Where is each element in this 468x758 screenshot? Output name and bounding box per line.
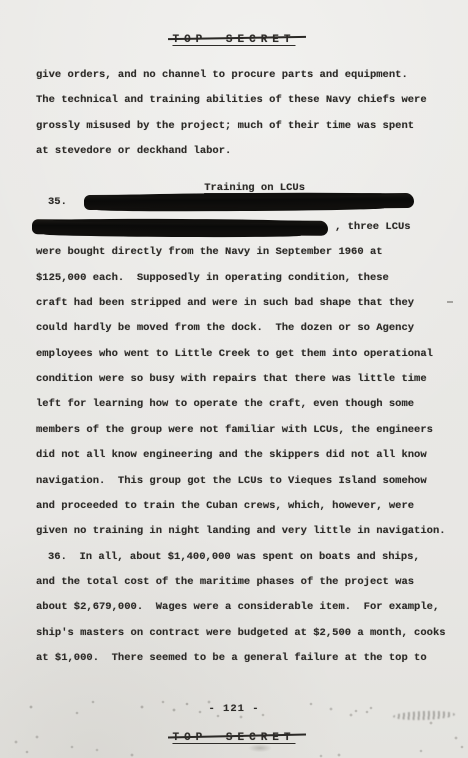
body-line: at stevedore or deckhand labor.	[36, 145, 448, 170]
body-line: could hardly be moved from the dock. The…	[36, 322, 448, 347]
redaction-bar	[84, 193, 414, 210]
body-line: given no training in night landing and v…	[36, 525, 448, 550]
body-line: employees who went to Little Creek to ge…	[36, 348, 448, 373]
body-line: members of the group were not familiar w…	[36, 424, 448, 449]
body-line-paragraph-36: 36. In all, about $1,400,000 was spent o…	[36, 551, 448, 576]
body-line: give orders, and no channel to procure p…	[36, 69, 448, 94]
body-line: condition were so busy with repairs that…	[36, 373, 448, 398]
body-line: ship's masters on contract were budgeted…	[36, 627, 448, 652]
body-line: were bought directly from the Navy in Se…	[36, 246, 448, 271]
body-line: at $1,000. There seemed to be a general …	[36, 652, 448, 677]
paper-smudge	[447, 301, 453, 303]
body-line: $125,000 each. Supposedly in operating c…	[36, 272, 448, 297]
body-line: grossly misused by the project; much of …	[36, 120, 448, 145]
paper-smudge	[243, 742, 277, 754]
body-line: left for learning how to operate the cra…	[36, 398, 448, 423]
body-line: about $2,679,000. Wages were a considera…	[36, 601, 448, 626]
classification-banner-bottom: TOP SECRET	[0, 727, 468, 743]
redacted-line-continuation: , three LCUs	[36, 221, 448, 246]
redaction-bar	[32, 219, 328, 236]
classification-banner-top: TOP SECRET	[0, 29, 468, 45]
body-line: did not all know engineering and the ski…	[36, 449, 448, 474]
body-line: The technical and training abilities of …	[36, 94, 448, 119]
body-line: navigation. This group got the LCUs to V…	[36, 475, 448, 500]
body-line: and the total cost of the maritime phase…	[36, 576, 448, 601]
paper-specks	[0, 0, 2, 2]
body-line: and proceeded to train the Cuban crews, …	[36, 500, 448, 525]
redacted-line-start: 35.	[36, 196, 448, 221]
page-body: give orders, and no channel to procure p…	[36, 69, 448, 677]
body-line: craft had been stripped and were in such…	[36, 297, 448, 322]
paragraph-number: 35.	[36, 196, 67, 208]
redaction-continuation-text: , three LCUs	[335, 221, 411, 233]
section-heading: Training on LCUs	[36, 170, 448, 195]
